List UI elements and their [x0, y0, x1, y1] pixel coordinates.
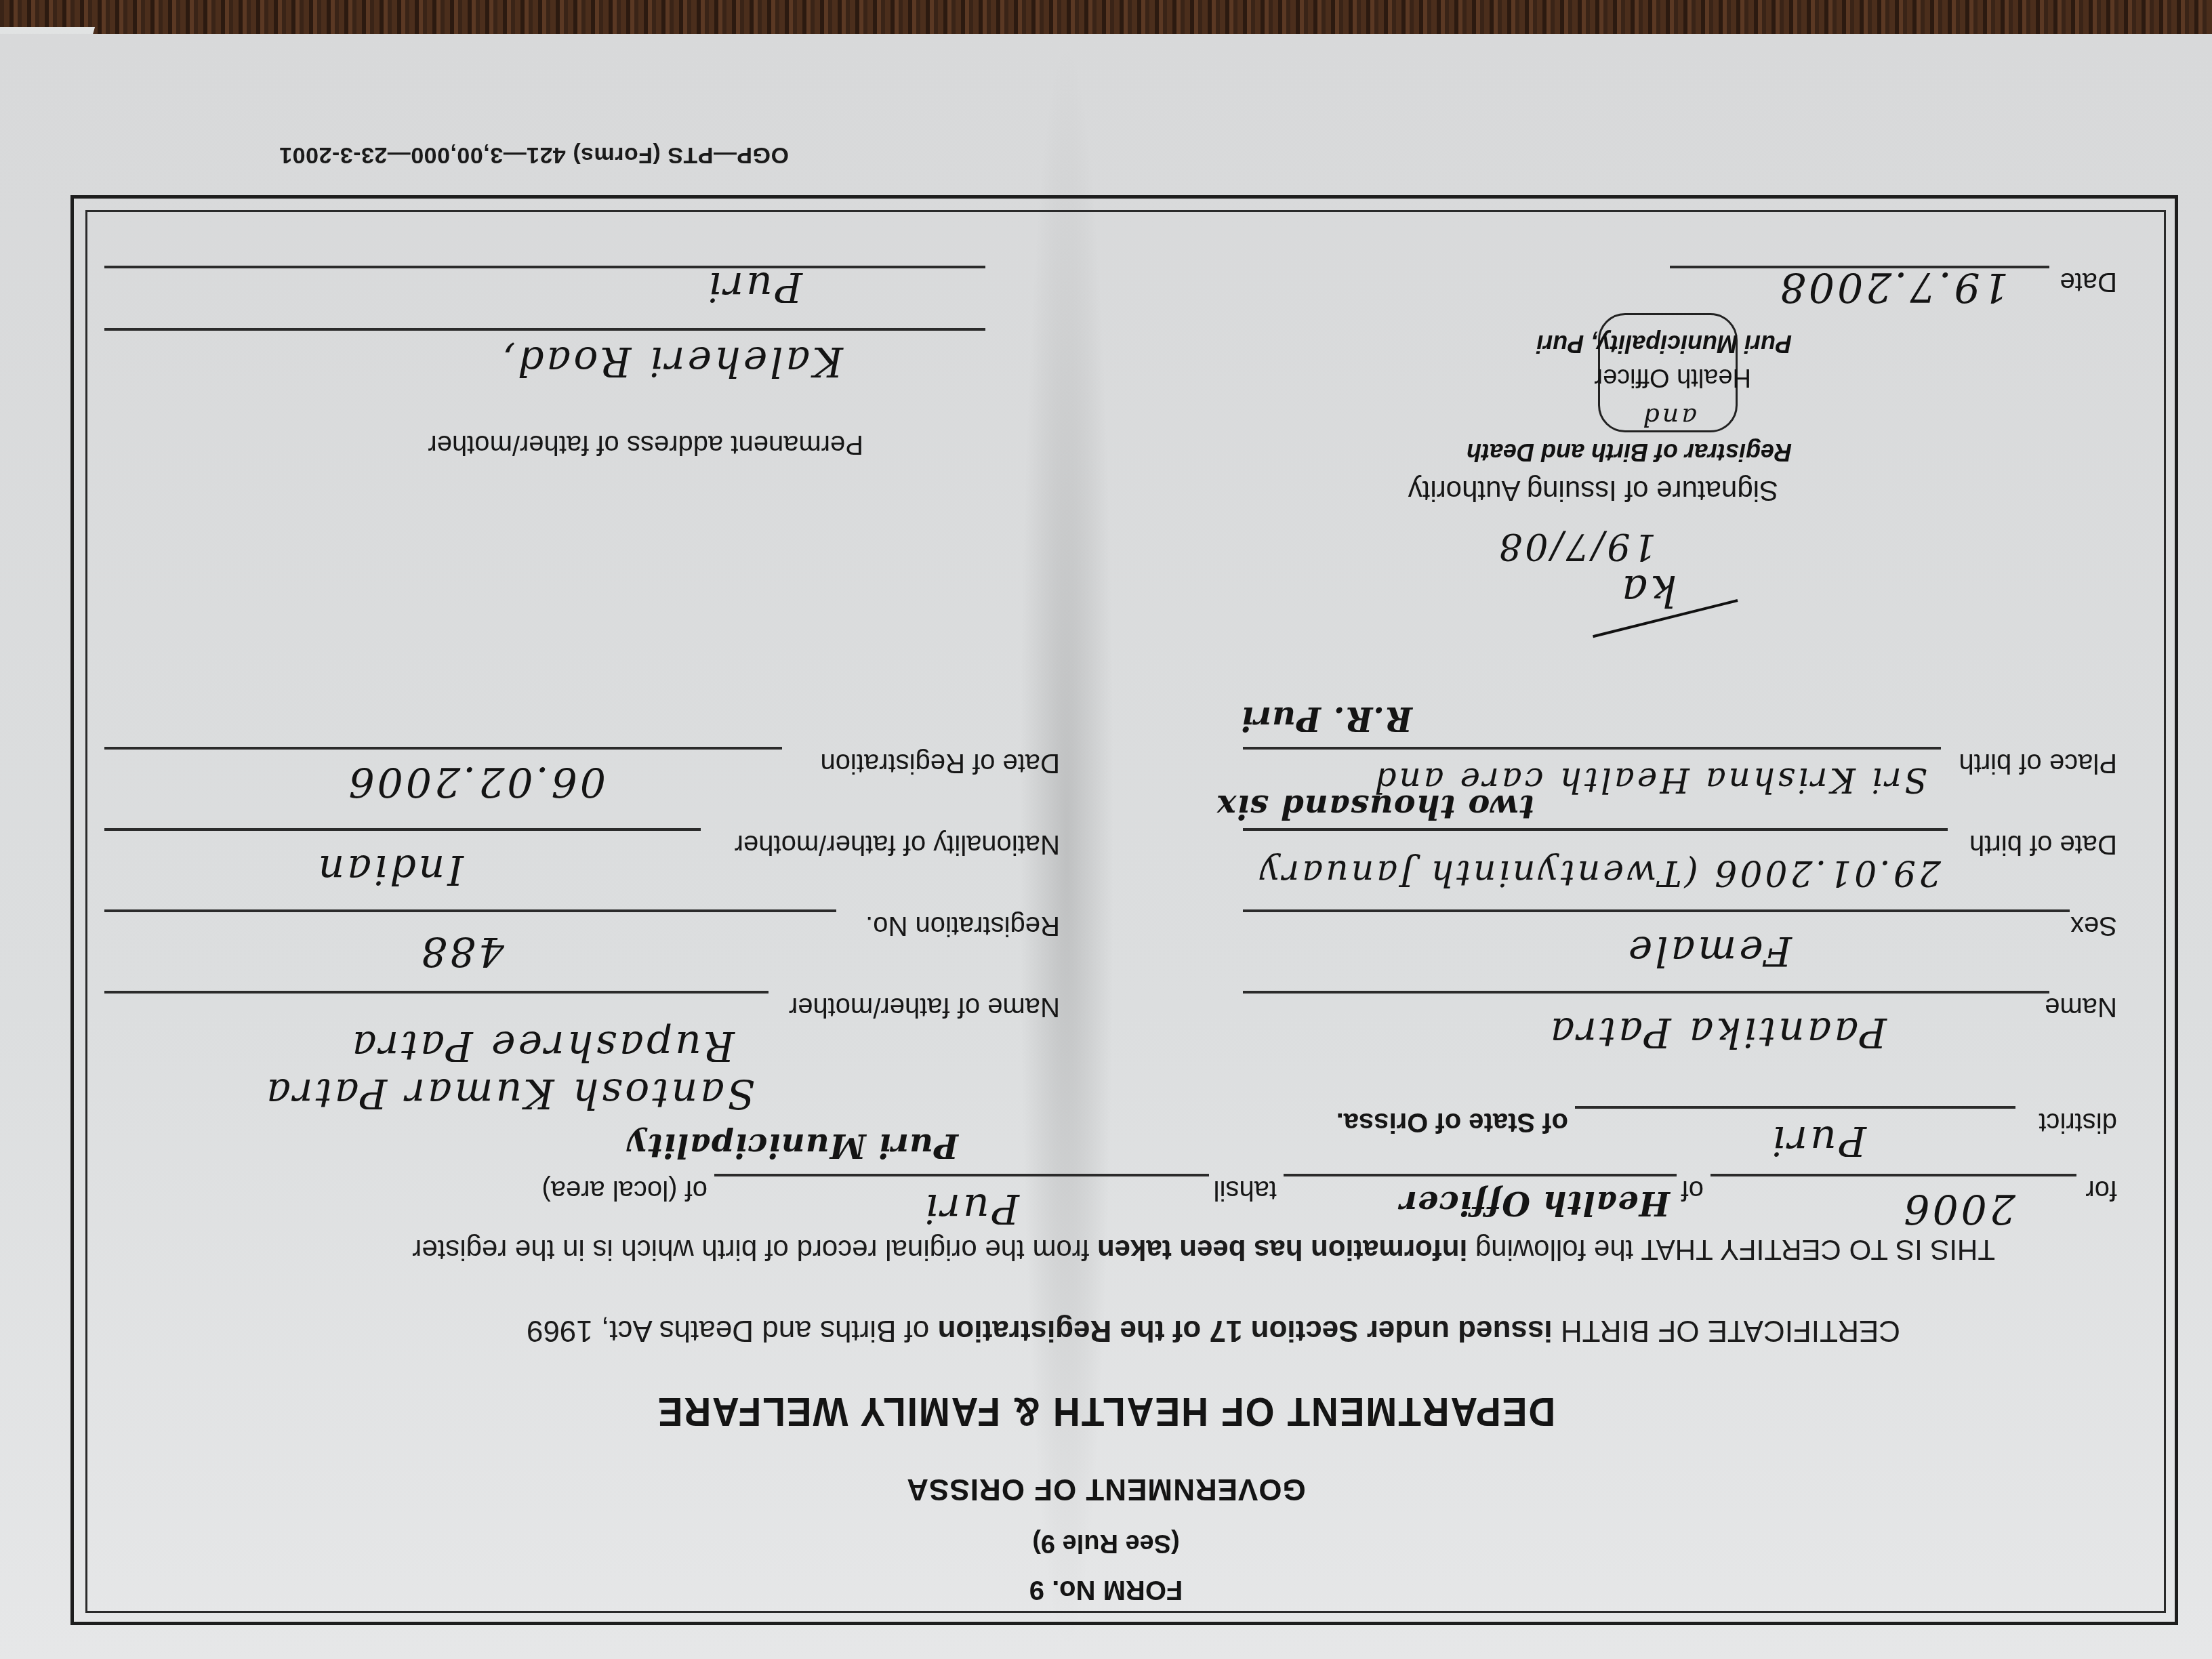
- birth-certificate-page: FORM No. 9 (See Rule 9) GOVERNMENT OF OR…: [0, 34, 2212, 1659]
- dob-underline: [1243, 828, 1948, 831]
- parent-name-underline: [104, 991, 769, 994]
- registration-date-label: Date of Registration: [820, 747, 1060, 778]
- nationality-label: Nationality of father/mother: [735, 829, 1060, 859]
- mother-name-value: Rupashree Patra: [350, 1022, 735, 1069]
- certify-suffix: from the original record of birth which …: [412, 1234, 1089, 1266]
- nationality-value: Indian: [316, 846, 464, 893]
- for-underline: [1711, 1174, 2076, 1176]
- signature-initials: ka: [1619, 565, 1677, 615]
- certificate-title: CERTIFICATE OF BIRTH issued under Sectio…: [527, 1313, 1900, 1347]
- government-heading: GOVERNMENT OF ORISSA: [0, 1472, 2212, 1506]
- local-area-label: of (local area): [541, 1174, 708, 1205]
- state-label: of State of Orissa.: [1336, 1107, 1568, 1137]
- certificate-title-prefix: CERTIFICATE OF BIRTH: [1561, 1314, 1900, 1347]
- district-value: Puri: [1769, 1117, 1866, 1164]
- certificate-title-section: issued under Section 17 of the Registrat…: [938, 1314, 1553, 1347]
- dob-label: Date of birth: [1969, 829, 2117, 859]
- name-underline: [1243, 991, 2049, 994]
- stamp-health-officer: Health Officer: [1594, 363, 1751, 392]
- parent-name-label: Name of father/mother: [789, 991, 1060, 1022]
- tahsil-label: tahsil: [1214, 1174, 1277, 1205]
- permanent-address-line2: Puri: [705, 263, 802, 310]
- district-label: district: [2039, 1107, 2117, 1137]
- registration-date-value: 06.02.2006: [346, 758, 606, 805]
- tahsil-value: Puri: [922, 1185, 1019, 1232]
- permanent-address-label: Permanent address of father/mother: [428, 429, 863, 459]
- of-value: Health Officer: [1399, 1184, 1670, 1222]
- stamp-registrar: Registrar of Birth and Death: [1467, 438, 1792, 466]
- certificate-title-suffix: of Births and Deaths Act, 1969: [527, 1314, 929, 1347]
- form-number: FORM No. 9: [0, 1574, 2212, 1605]
- certify-bold: information has been taken: [1097, 1234, 1467, 1266]
- district-underline: [1575, 1106, 2015, 1109]
- registration-no-value: 488: [418, 927, 504, 975]
- pob-value-line2: R.R. Puri: [1241, 699, 1412, 737]
- of-label: of: [1681, 1174, 1704, 1205]
- permanent-address-line1: Kaleheri Road,: [499, 337, 843, 385]
- for-label: for: [2085, 1174, 2117, 1205]
- pob-underline: [1243, 747, 1941, 750]
- registration-date-underline: [104, 747, 782, 750]
- certification-statement: THIS IS TO CERTIFY THAT the following in…: [412, 1233, 1995, 1266]
- sex-label: Sex: [2070, 910, 2117, 941]
- printer-imprint: OGP—PTS (Forms) 421—3,00,000—23-3-2001: [279, 142, 789, 168]
- permanent-address-underline: [104, 328, 985, 331]
- of-underline: [1284, 1174, 1677, 1176]
- local-area-value: Puri Municipality: [628, 1126, 958, 1164]
- sex-underline: [1243, 909, 2070, 912]
- signature-date: 19/7/08: [1496, 525, 1656, 568]
- rule-reference: (See Rule 9): [0, 1528, 2212, 1557]
- father-name-value: Santosh Kumar Patra: [264, 1069, 755, 1117]
- stamp-municipality: Puri Municipality, Puri: [1536, 329, 1792, 358]
- registration-no-label: Registration No.: [865, 910, 1060, 941]
- address-second-underline: [104, 266, 985, 268]
- name-label: Name: [2045, 991, 2117, 1022]
- certify-prefix: THIS IS TO CERTIFY THAT the following: [1475, 1234, 1995, 1266]
- stamp-and: and: [1641, 403, 1697, 432]
- nationality-underline: [104, 828, 701, 831]
- dob-value-line1: 29.01.2006 (Twentyninth January: [1257, 853, 1941, 893]
- date-label: Date: [2060, 266, 2118, 297]
- department-heading: DEPARTMENT OF HEALTH & FAMILY WELFARE: [89, 1389, 2124, 1435]
- pob-value-line1: Sri Krishna Health care and: [1372, 760, 1927, 800]
- tahsil-underline: [714, 1174, 1209, 1176]
- sex-value: Female: [1626, 927, 1792, 975]
- date-value: 19.7.2008: [1778, 263, 2009, 310]
- registration-no-underline: [104, 909, 836, 912]
- pob-label: Place of birth: [1959, 747, 2117, 778]
- signature-label: Signature of Issuing Authority: [1408, 474, 1778, 507]
- for-value: 2006: [1901, 1185, 2015, 1232]
- name-value: Paantika Patra: [1548, 1008, 1887, 1056]
